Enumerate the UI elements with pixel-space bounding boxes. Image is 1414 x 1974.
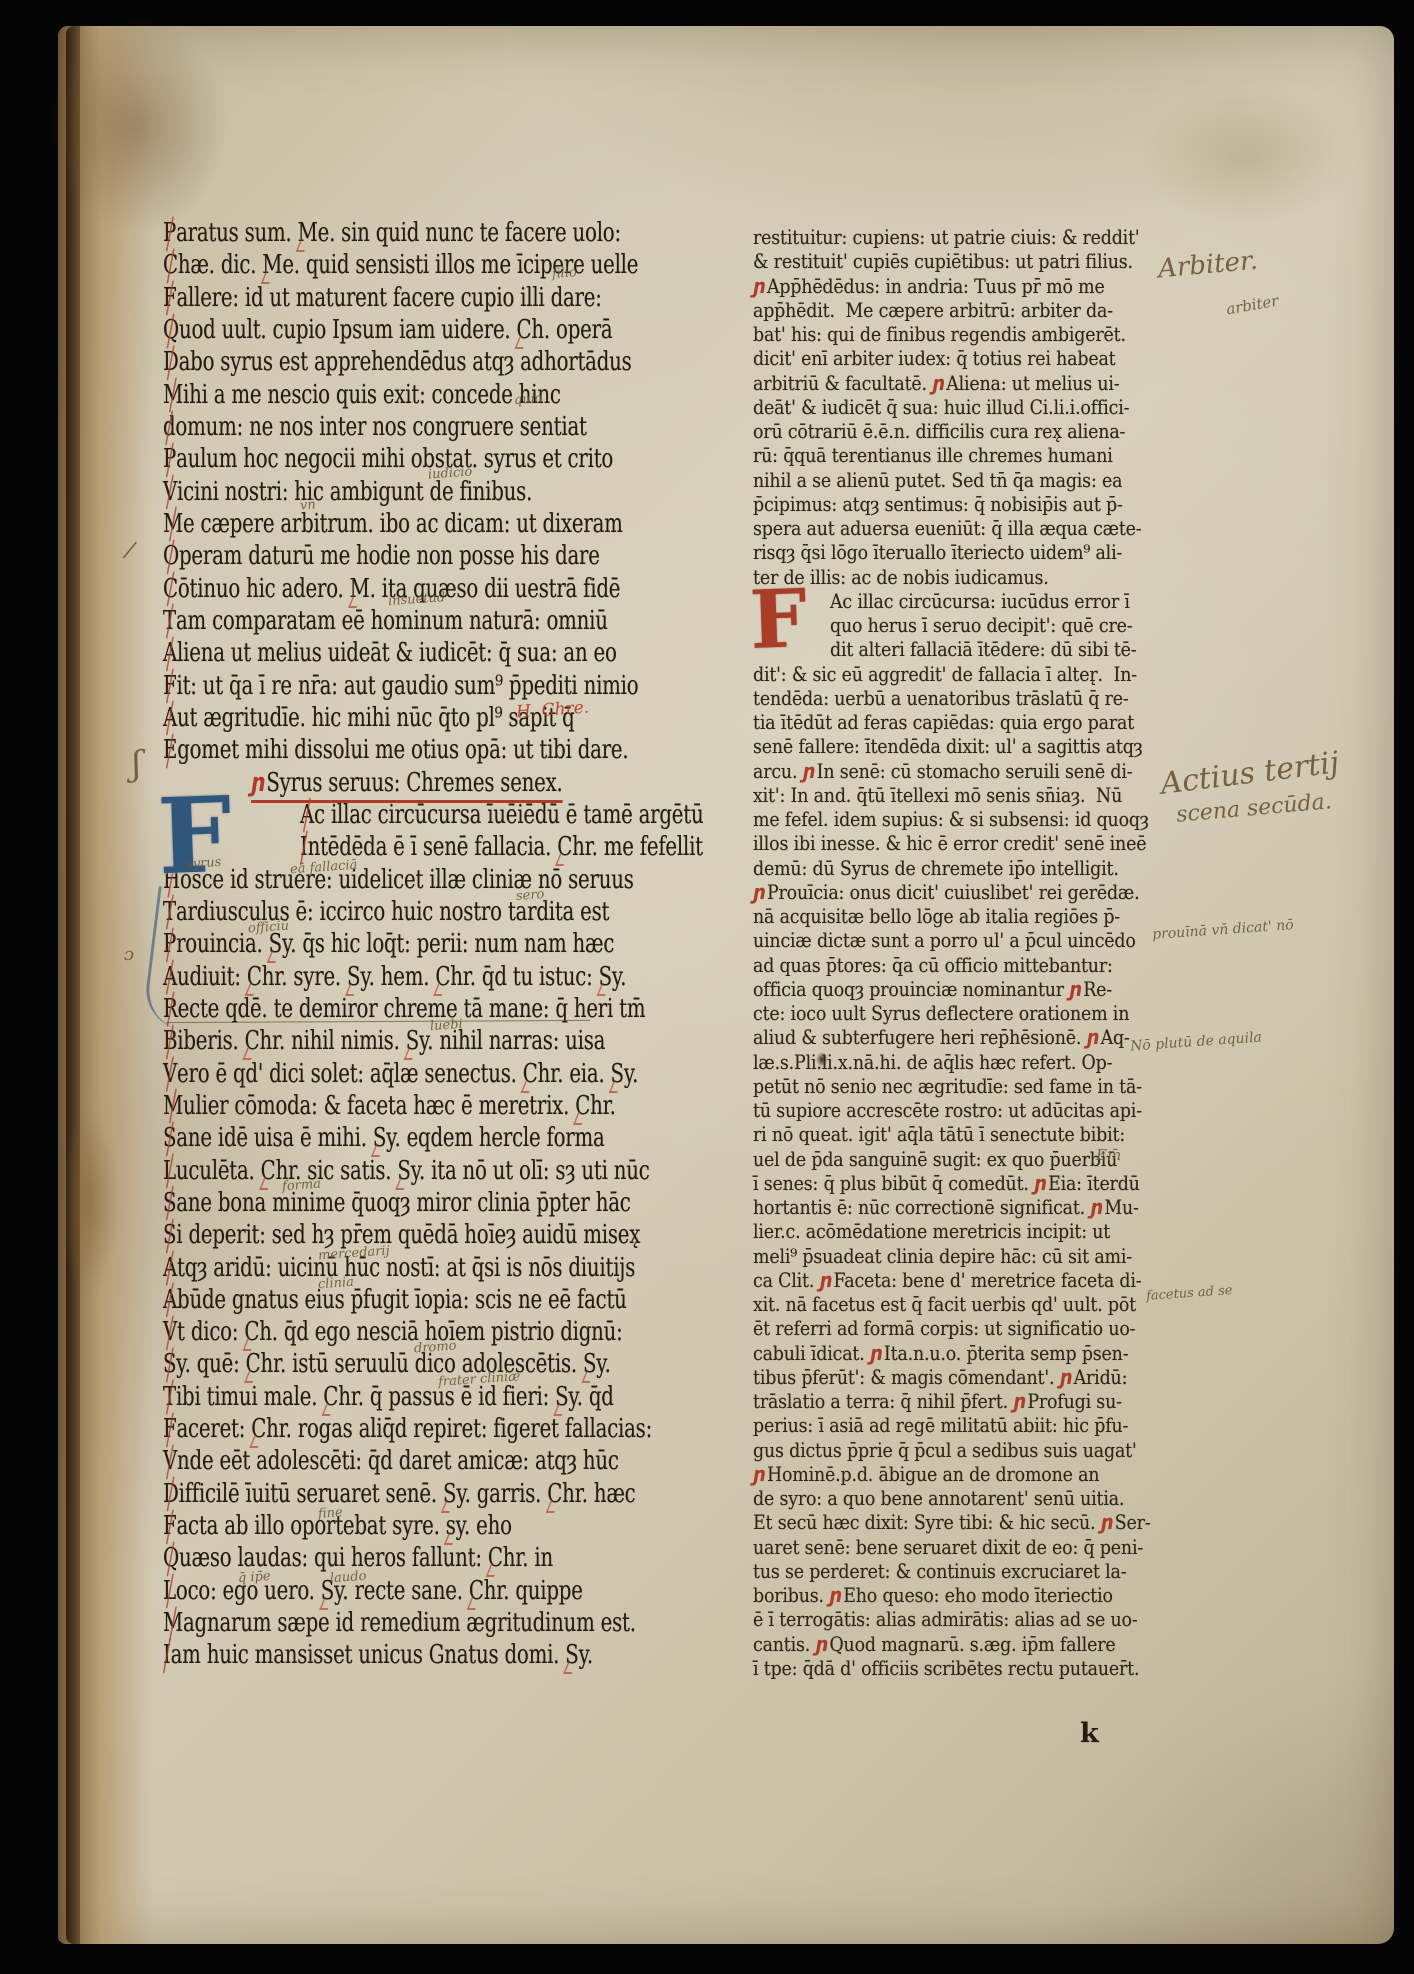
paraph-mark: ɲ <box>251 768 265 798</box>
interlinear-gloss: officiū <box>248 919 290 937</box>
paraph-mark: ɲ <box>870 1341 882 1365</box>
rubricated-initial: M <box>163 380 183 411</box>
rubricated-initial: T <box>163 1382 176 1413</box>
commentary-line: orū cōtrariū ē.ē.n. difficilis cura rex̨… <box>753 419 1159 443</box>
rubricated-initial: P <box>163 444 176 475</box>
speaker-abbreviation: Sy. <box>406 1026 434 1056</box>
interlinear-gloss: laudo <box>330 1569 367 1587</box>
interlinear-gloss: clinia <box>318 1275 355 1292</box>
speaker-abbreviation: Sy. <box>599 962 627 992</box>
paraph-mark: ɲ <box>1034 1171 1046 1195</box>
verse-line: Sane bona minime q̄uoqȝ miror clinia p̄p… <box>163 1188 611 1220</box>
rubricated-initial: M <box>163 1608 183 1639</box>
commentary-line: nā acquisitæ bello lōge ab italia regiōe… <box>753 904 1159 928</box>
speaker-abbreviation: Sy. <box>583 1349 611 1379</box>
verse-line: Fallere: id ut maturent facere cupio ill… <box>163 283 611 315</box>
commentary-line: uinciæ dictæ sunt a porro ul' a p̄cul ui… <box>753 928 1159 952</box>
verse-line: Aliena ut melius uideāt & iudicēt: q̄ su… <box>163 638 611 670</box>
interlinear-gloss: syrus <box>186 855 222 872</box>
commentary-text-column: restituitur: cupiens: ut patrie ciuis: &… <box>753 225 1159 1680</box>
verse-line: Quod uult. cupio Ipsum iam uidere. Ch. o… <box>163 315 611 347</box>
commentary-line: illos ibi inesse. & hic ē error credit' … <box>753 831 1159 855</box>
commentary-line: hortantis ē: nūc correctionē significat.… <box>753 1195 1159 1219</box>
commentary-line: spera aut aduersa eueniūt: q̄ illa æqua … <box>753 516 1159 540</box>
speaker-abbreviation: Chr. <box>245 1026 285 1056</box>
speaker-abbreviation: Chr. <box>435 962 475 992</box>
verse-line: Operam daturū me hodie non posse his dar… <box>163 541 611 573</box>
verse-line: domum: ne nos inter nos congruere sentia… <box>163 412 611 444</box>
commentary-line: dicit' enī arbiter iudex: q̄ totius rei … <box>753 346 1159 370</box>
commentary-line: restituitur: cupiens: ut patrie ciuis: &… <box>753 225 1159 249</box>
commentary-line: ɲHominē.p.d. ābigue an de dromone an <box>753 1462 1159 1486</box>
commentary-line: læ.s.Pli.li.x.nā.hi. de aq̄lis hæc refer… <box>753 1050 1159 1074</box>
paraph-mark: ɲ <box>1090 1195 1102 1219</box>
interlinear-gloss: quid <box>514 391 544 408</box>
rubricated-initial: E <box>163 735 177 766</box>
commentary-line: arbitriū & facultatē. ɲAliena: ut melius… <box>753 371 1159 395</box>
speaker-abbreviation: Me. <box>262 250 300 280</box>
paraph-mark: ɲ <box>815 1632 827 1656</box>
commentary-line: tibus p̄ferūt': & magis cōmendant'. ɲAri… <box>753 1365 1159 1389</box>
rubricated-initial: D <box>163 1479 179 1510</box>
interlinear-gloss: luebi <box>430 1017 464 1034</box>
verse-line: Difficilē īuitū seruaret senē. Sy. garri… <box>163 1479 611 1511</box>
commentary-line: cantis. ɲQuod magnarū. s.æg. ip̄m faller… <box>753 1632 1159 1656</box>
rubricated-initial: S <box>163 1188 176 1219</box>
interlinear-gloss: q̄ ip̄e <box>238 1569 272 1586</box>
quire-signature-mark: k <box>1080 1718 1099 1749</box>
commentary-line: de syro: a quo bene annotarent' senū uit… <box>753 1486 1159 1510</box>
speaker-abbreviation: Chr. <box>488 1543 528 1573</box>
commentary-line: ē ī terrogātis: alias admirātis: alias a… <box>753 1607 1159 1631</box>
rubricated-initial: S <box>163 1220 176 1251</box>
commentary-line: me fefel. idem supius: & si subsensi: id… <box>753 807 1159 831</box>
rubricated-initial: T <box>163 606 176 637</box>
rubricated-initial: F <box>163 1511 176 1542</box>
verse-line: Faceret: Chr. rogas aliq̄d repiret: fige… <box>163 1414 611 1446</box>
commentary-line: dit': & sic eū aggredit' de fallacia ī a… <box>753 662 1159 686</box>
interlinear-gloss: sero <box>516 887 545 904</box>
commentary-line: tū supiore accrescēte rostro: ut adūcita… <box>753 1098 1159 1122</box>
speaker-abbreviation: Chr. <box>251 1414 291 1444</box>
commentary-line: deāt' & iudicēt q̄ sua: huic illud Ci.li… <box>753 395 1159 419</box>
rubricated-initial: Q <box>163 315 179 346</box>
rubricated-initial: V <box>163 477 177 508</box>
commentary-line: quo herus ī seruo decipit': quē cre- <box>753 613 1159 637</box>
verse-line: Vero ē qd' dici solet: aq̄læ senectus. C… <box>163 1059 611 1091</box>
commentary-line: dit alteri fallaciā ītēdere: dū sibi tē- <box>753 637 1159 661</box>
commentary-line: ca Clit. ɲFaceta: bene d' meretrice face… <box>753 1268 1159 1292</box>
marginal-note: Em̄ <box>1096 1146 1121 1164</box>
rubricated-initial: A <box>163 1285 177 1316</box>
speaker-abbreviation: Sy. <box>565 1640 593 1670</box>
verse-line: Magnarum sæpe id remedium ægritudinum es… <box>163 1608 611 1640</box>
verse-line: Dabo syrus est apprehendēdus atqȝ adhort… <box>163 347 611 379</box>
verse-line: Me cæpere arbitrum. ibo ac dicam: ut dix… <box>163 509 611 541</box>
commentary-line: ī tpe: q̄dā d' officiis scribētes rectu … <box>753 1656 1159 1680</box>
rubricated-initial: S <box>163 1123 176 1154</box>
verse-line: Sy. quē: Chr. istū seruulū dico adolescē… <box>163 1349 611 1381</box>
commentary-line: meli⁹ p̄suadeat clinia depire hāc: cū si… <box>753 1244 1159 1268</box>
speaker-abbreviation: M. <box>350 574 376 604</box>
rubricated-initial: A <box>163 703 177 734</box>
verse-line: Abūde gnatus eius p̄fugit īopia: scis ne… <box>163 1285 611 1317</box>
rubricated-initial: L <box>163 1156 176 1187</box>
rubricated-initial: F <box>163 1414 176 1445</box>
speaker-abbreviation: Sy. <box>397 1156 425 1186</box>
spine-edge <box>66 26 80 1944</box>
verse-line: Tibi timui male. Chr. q̄ passus ē id fie… <box>163 1382 611 1414</box>
verse-line: Fit: ut q̄a ī re nr̄a: aut gaudio sum⁹ p… <box>163 671 611 703</box>
paraph-mark: ɲ <box>932 371 944 395</box>
verse-line: Paratus sum. Me. sin quid nunc te facere… <box>163 218 611 250</box>
commentary-line: arcu. ɲIn senē: cū stomacho seruili senē… <box>753 759 1159 783</box>
rubricated-initial: I <box>300 832 308 863</box>
commentary-line: & restituit' cupiēs cupiētibus: ut patri… <box>753 249 1159 273</box>
paraph-mark: ɲ <box>1101 1510 1113 1534</box>
interlinear-gloss: forma <box>282 1177 322 1195</box>
rubricated-initial: A <box>300 800 314 831</box>
verse-line: Biberis. Chr. nihil nimis. Sy. nihil nar… <box>163 1026 611 1058</box>
verse-line: Vnde eēt adolescēti: q̄d daret amicæ: at… <box>163 1446 611 1478</box>
paraph-mark: ɲ <box>1087 1025 1099 1049</box>
speaker-abbreviation: Chr. <box>523 1059 563 1089</box>
commentary-line: tia ītēdūt ad feras capiēdas: quia ergo … <box>753 710 1159 734</box>
verse-line: Chæ. dic. Me. quid sensisti illos me īci… <box>163 250 611 282</box>
verse-line: Paulum hoc negocii mihi obstat. syrus et… <box>163 444 611 476</box>
commentary-line: tendēda: uerbū a uenatoribus trāslatū q̄… <box>753 686 1159 710</box>
rubricated-initial: V <box>163 1446 177 1477</box>
paraph-mark: ɲ <box>1060 1365 1072 1389</box>
commentary-line: ɲProuīcia: onus dicit' cuiuslibet' rei g… <box>753 880 1159 904</box>
commentary-line: demū: dū Syrus de chremete ip̄o intellig… <box>753 856 1159 880</box>
verse-line: Prouincia. Sy. q̄s hic loq̄t: perii: num… <box>163 929 611 961</box>
speaker-abbreviation: Sy. <box>443 1479 471 1509</box>
marginal-note: ɔ <box>124 944 134 965</box>
speaker-abbreviation: Sy. <box>611 1059 639 1089</box>
paraph-mark: ɲ <box>753 1462 765 1486</box>
paraph-mark: ɲ <box>753 274 765 298</box>
commentary-line: petūt nō senio nec ægritudīe: sed fame i… <box>753 1074 1159 1098</box>
rubricated-initial: S <box>163 1349 176 1380</box>
verse-line: Tam comparatam eē hominum naturā: omniū <box>163 606 611 638</box>
rubricated-initial: F <box>163 283 176 314</box>
rubricated-initial: d <box>163 412 175 443</box>
commentary-line: aliud & subterfugere heri rep̄hēsionē. ɲ… <box>753 1025 1159 1049</box>
paraph-mark: ɲ <box>753 880 765 904</box>
commentary-line: lier.c. acōmēdatione meretricis incipit:… <box>753 1219 1159 1243</box>
verse-line: Audiuit: Chr. syre. Sy. hem. Chr. q̄d tu… <box>163 962 611 994</box>
verse-line: Loco: ego uero. Sy. recte sane. Chr. qui… <box>163 1576 611 1608</box>
verse-line: Luculēta. Chr. sic satis. Sy. ita nō ut … <box>163 1156 611 1188</box>
verse-line: Iam huic mansisset unicus Gnatus domi. S… <box>163 1640 611 1672</box>
speaker-abbreviation: Chr. <box>557 832 597 862</box>
interlinear-gloss: filio <box>552 265 578 282</box>
commentary-line: perius: ī asiā ad regē militatū abiit: h… <box>753 1413 1159 1437</box>
speaker-abbreviation: sy. <box>446 1511 470 1541</box>
paraph-mark: ɲ <box>820 1268 832 1292</box>
book-page-scan: Paratus sum. Me. sin quid nunc te facere… <box>0 0 1414 1974</box>
red-lombard-initial: F <box>749 579 808 659</box>
rubricated-initial: A <box>163 638 177 669</box>
verse-line: Cōtinuo hic adero. M. ita quæso dii uest… <box>163 574 611 606</box>
commentary-line: ī senes: q̄ plus bibūt q̄ comedūt. ɲEia:… <box>753 1171 1159 1195</box>
commentary-line: ri nō queat. igit' aq̄la tātū ī senectut… <box>753 1122 1159 1146</box>
commentary-line: xit': In and. q̄tū ītellexi mō senis sn̄… <box>753 783 1159 807</box>
commentary-line: trāslatio a terra: q̄ nihil p̄fert. ɲPro… <box>753 1389 1159 1413</box>
rubricated-initial: A <box>163 1253 177 1284</box>
speaker-abbreviation: Chr. <box>547 1479 587 1509</box>
rubricated-initial: M <box>163 1091 183 1122</box>
commentary-line: nihil a se alienū putet. Sed tn̄ q̄a mag… <box>753 468 1159 492</box>
commentary-line: cte: ioco uult Syrus deflectere oratione… <box>753 1001 1159 1025</box>
commentary-line: ad quas p̄tores: q̄a cū officio mitteban… <box>753 953 1159 977</box>
rubricated-initial: I <box>163 1640 171 1671</box>
rubricated-initial: D <box>163 347 179 378</box>
commentary-line: Et secū hæc dixit: Syre tibi: & hic secū… <box>753 1510 1159 1534</box>
speaker-abbreviation: Me. <box>298 218 336 248</box>
rubricated-initial: L <box>163 1576 176 1607</box>
commentary-line: app̄hēdit. Me cæpere arbitrū: arbiter da… <box>753 298 1159 322</box>
verse-line: Quæso laudas: qui heros fallunt: Chr. in <box>163 1543 611 1575</box>
speaker-abbreviation: Chr. <box>575 1091 615 1121</box>
rubricated-initial: P <box>163 218 176 249</box>
rubricated-initial: O <box>163 541 179 572</box>
speaker-abbreviation: Ch. <box>517 315 550 345</box>
verse-line: Vt dico: Ch. q̄d ego nesciā hoīem pistri… <box>163 1317 611 1349</box>
rubricated-initial: C <box>163 250 178 281</box>
verse-line: Facta ab illo oportebat syre. sy. eho <box>163 1511 611 1543</box>
speaker-abbreviation: Chr. <box>323 1382 363 1412</box>
verse-line: Mihi a me nescio quis exit: concede hinc <box>163 380 611 412</box>
verse-line: Vicini nostri: hic ambigunt de finibus. <box>163 477 611 509</box>
rubricated-initial: V <box>163 1317 177 1348</box>
paraph-mark: ɲ <box>1013 1389 1025 1413</box>
commentary-line: ɲApp̄hēdēdus: in andria: Tuus pr̄ mō me <box>753 274 1159 298</box>
interlinear-gloss: fine <box>318 1505 344 1522</box>
commentary-line: boribus. ɲEho queso: eho modo īteriectio <box>753 1583 1159 1607</box>
commentary-line: xit. nā facetus est q̄ facit uerbis qd' … <box>753 1292 1159 1316</box>
blue-penwork-initial: F <box>156 785 233 888</box>
commentary-line: bat' his: qui de finibus regendis ambige… <box>753 322 1159 346</box>
commentary-line: tus se perderet: & continuis excruciaret… <box>753 1559 1159 1583</box>
speaker-abbreviation: Chr. <box>247 962 287 992</box>
commentary-line: Ac illac circūcursa: iucūdus error ī <box>753 589 1159 613</box>
commentary-line: rū: q̄quā terentianus ille chremes human… <box>753 443 1159 467</box>
interlinear-gloss: dromo <box>414 1339 457 1357</box>
foxing-stain <box>1138 86 1358 226</box>
speaker-abbreviation: Sy. <box>373 1123 401 1153</box>
verse-line: Egomet mihi dissolui me otius opā: ut ti… <box>163 735 611 767</box>
speaker-abbreviation: Chr. <box>246 1349 286 1379</box>
rubricated-initial: F <box>163 671 176 702</box>
commentary-line: uaret senē: bene seruaret dixit de eo: q… <box>753 1535 1159 1559</box>
commentary-line: ter de illis: ac de nobis iudicamus. <box>753 565 1159 589</box>
interlinear-gloss: iudicio <box>428 464 473 482</box>
paraph-mark: ɲ <box>803 759 815 783</box>
rubricated-initial: C <box>163 574 178 605</box>
paraph-mark: ɲ <box>829 1583 841 1607</box>
interlinear-gloss: vn̄ <box>299 497 316 513</box>
rubricated-initial: B <box>163 1026 177 1057</box>
verse-text-column: Paratus sum. Me. sin quid nunc te facere… <box>163 218 611 1673</box>
verse-line: Mulier cōmoda: & faceta hæc ē meretrix. … <box>163 1091 611 1123</box>
commentary-line: p̄cipimus: atqȝ sentimus: q̄ nobisip̄is … <box>753 492 1159 516</box>
commentary-line: ēt referri ad formā corpis: ut significa… <box>753 1316 1159 1340</box>
rubricated-initial: V <box>163 1059 177 1090</box>
verse-line: Sane idē uisa ē mihi. Sy. eqdem hercle f… <box>163 1123 611 1155</box>
commentary-line: senē fallere: ītendēda dixit: ul' a sagi… <box>753 734 1159 758</box>
speaker-abbreviation: Ch. <box>244 1317 277 1347</box>
commentary-line: risqȝ q̄si lōgo īteruallo īteriecto uide… <box>753 540 1159 564</box>
speaker-abbreviation: Sy. <box>555 1382 583 1412</box>
rubricated-initial: Q <box>163 1543 179 1574</box>
commentary-line: officia quoqȝ prouinciæ nominantur ɲRe- <box>753 977 1159 1001</box>
speaker-abbreviation: Sy. <box>347 962 375 992</box>
paraph-mark: ɲ <box>1069 977 1081 1001</box>
commentary-line: gus dictus p̄prie q̄ p̄cul a sedibus sui… <box>753 1438 1159 1462</box>
speaker-abbreviation: Chr. <box>469 1576 509 1606</box>
commentary-line: cabuli īdicat. ɲIta.n.u.o. p̄terita semp… <box>753 1341 1159 1365</box>
rubricated-initial: M <box>163 509 183 540</box>
